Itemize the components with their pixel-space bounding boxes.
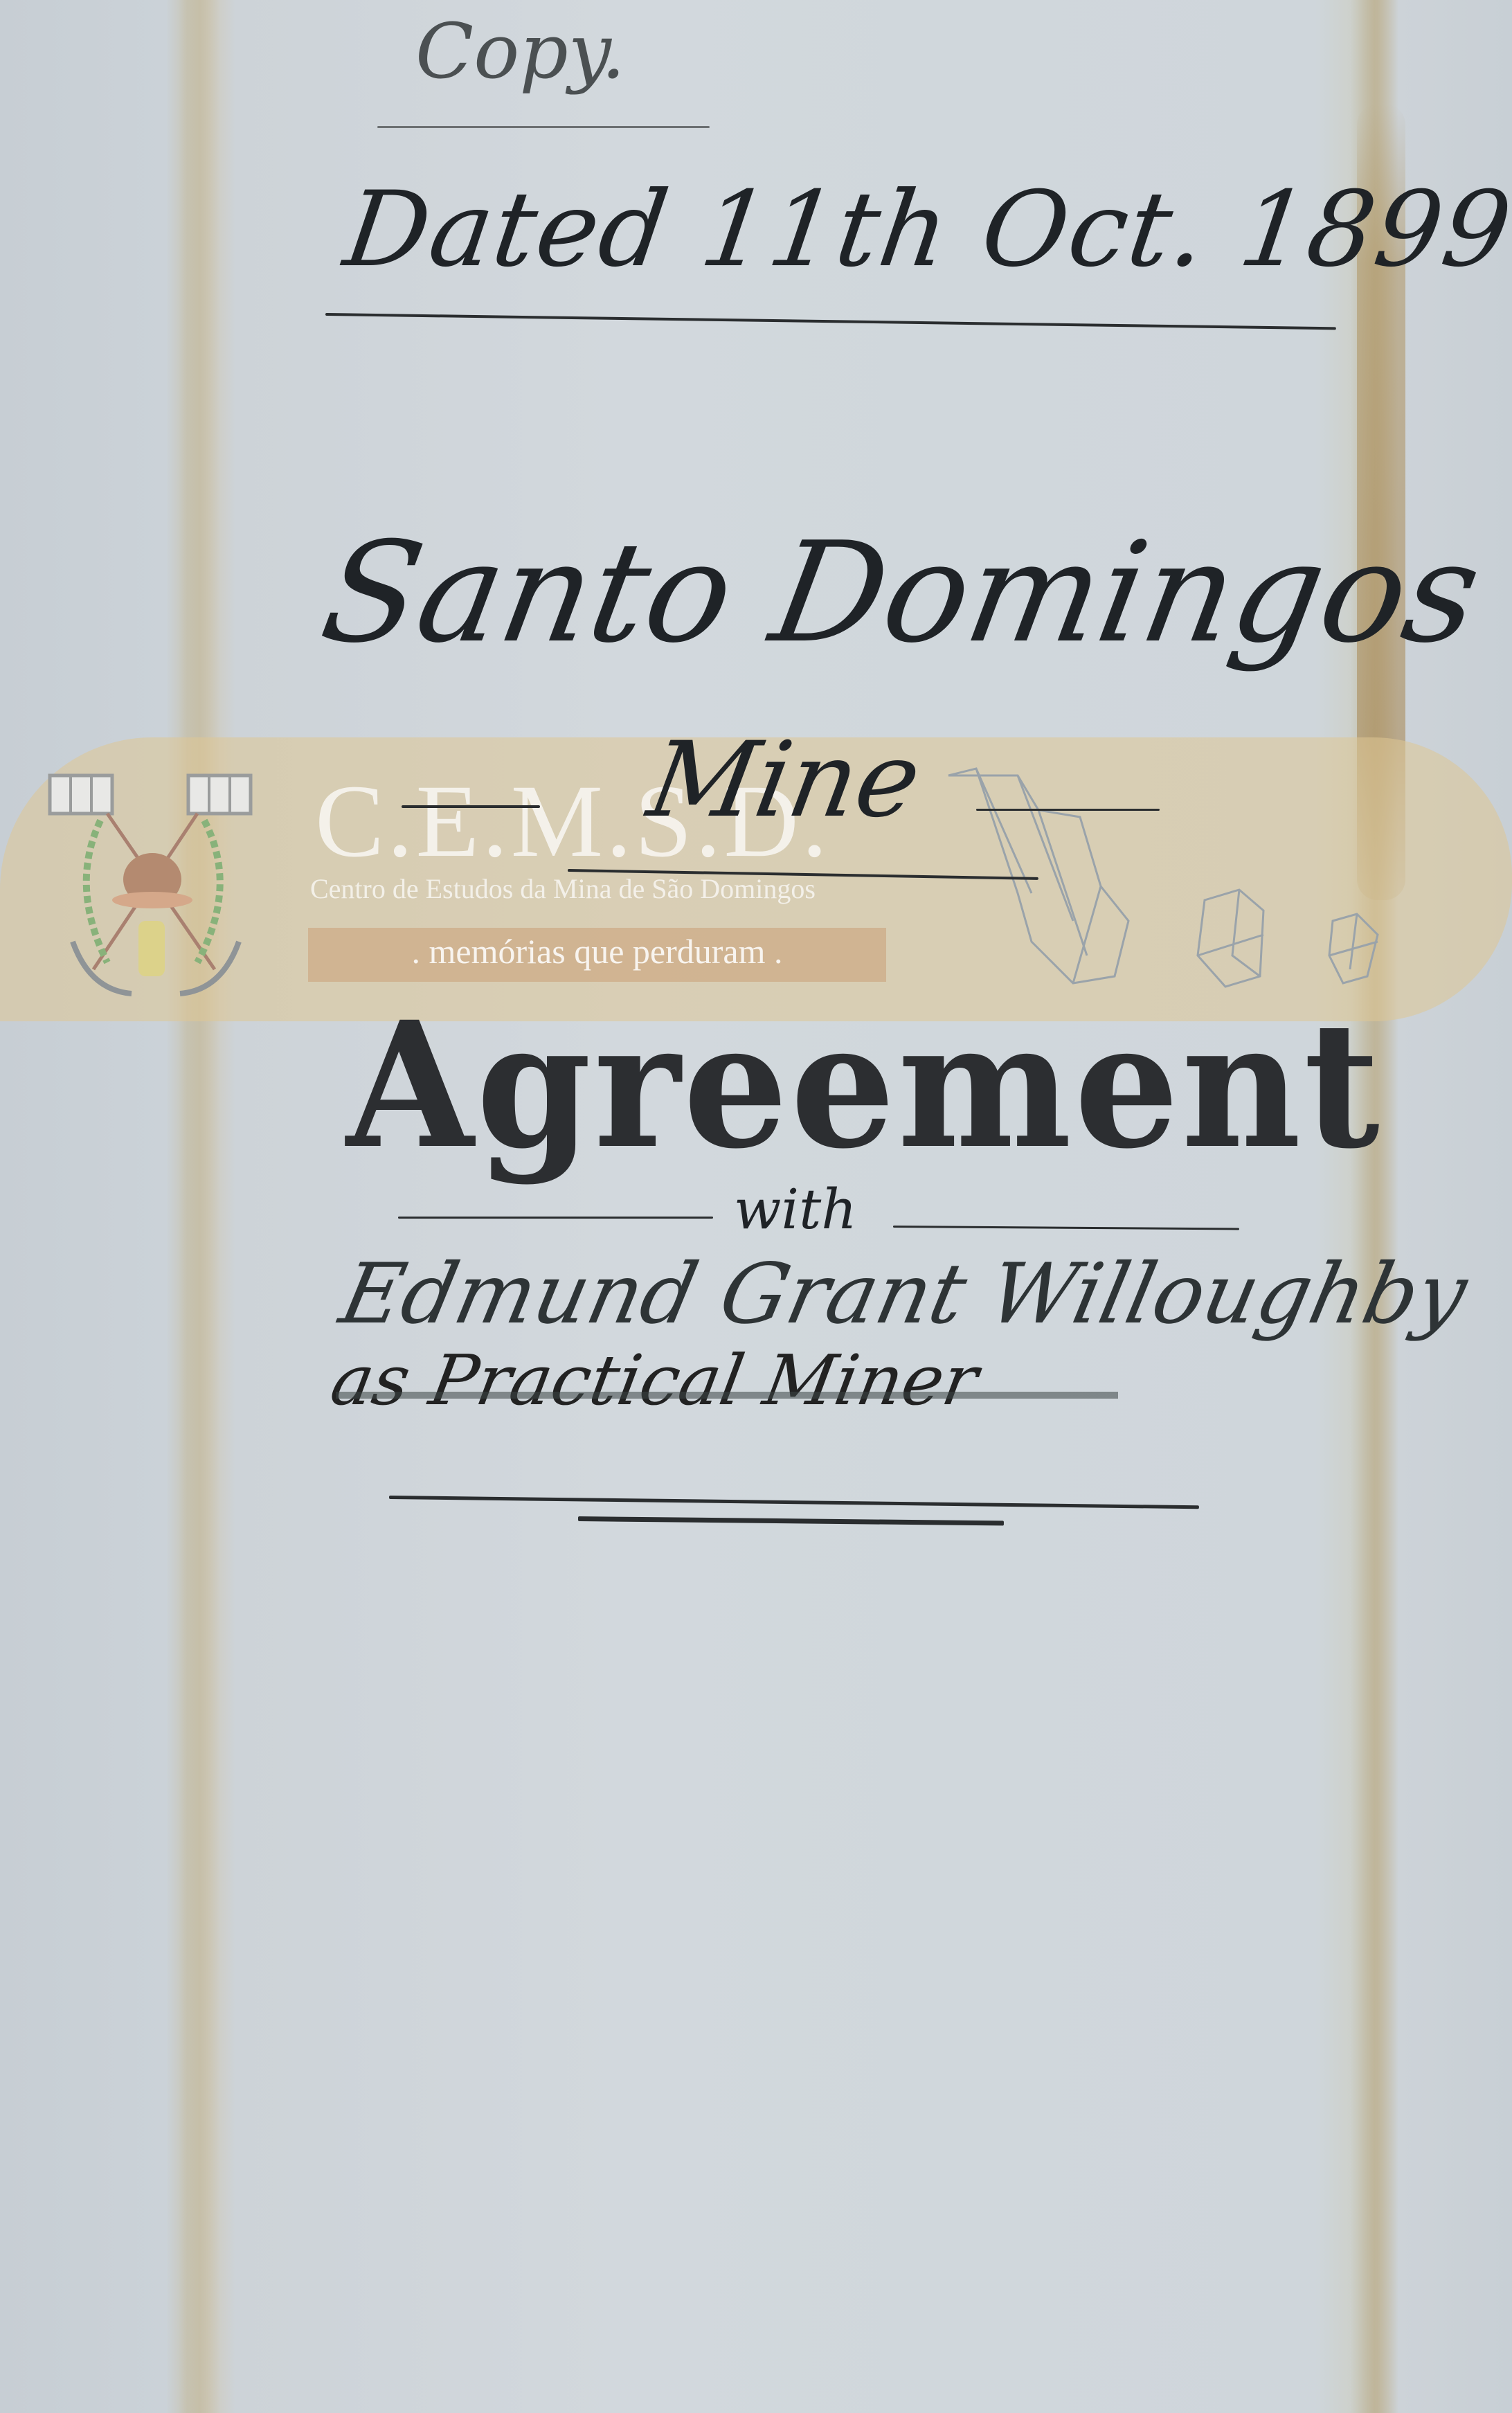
mine-name-title: Santo Domingos	[311, 512, 1491, 674]
agreement-heading: Agreement	[346, 983, 1383, 1187]
party-role: as Practical Miner	[325, 1340, 984, 1421]
mine-right-rule	[976, 809, 1160, 811]
copy-annotation: Copy.	[415, 7, 625, 96]
date-line: Dated 11th Oct. 1899.	[338, 170, 1512, 290]
mining-emblem-icon	[42, 769, 263, 997]
watermark-full-name: Centro de Estudos da Mina de São Domingo…	[310, 872, 816, 905]
party-role-strikethrough	[336, 1392, 1118, 1399]
with-left-rule	[398, 1217, 713, 1219]
watermark-tagline: . memórias que perduram .	[308, 931, 886, 971]
mine-subtitle: Mine	[640, 720, 930, 841]
party-name: Edmund Grant Willoughby	[332, 1246, 1475, 1343]
mine-left-rule	[402, 805, 540, 808]
crystals-icon	[935, 748, 1419, 997]
with-connector: with	[734, 1177, 857, 1241]
paper-fold-left	[179, 0, 220, 2413]
copy-underline	[377, 126, 710, 128]
